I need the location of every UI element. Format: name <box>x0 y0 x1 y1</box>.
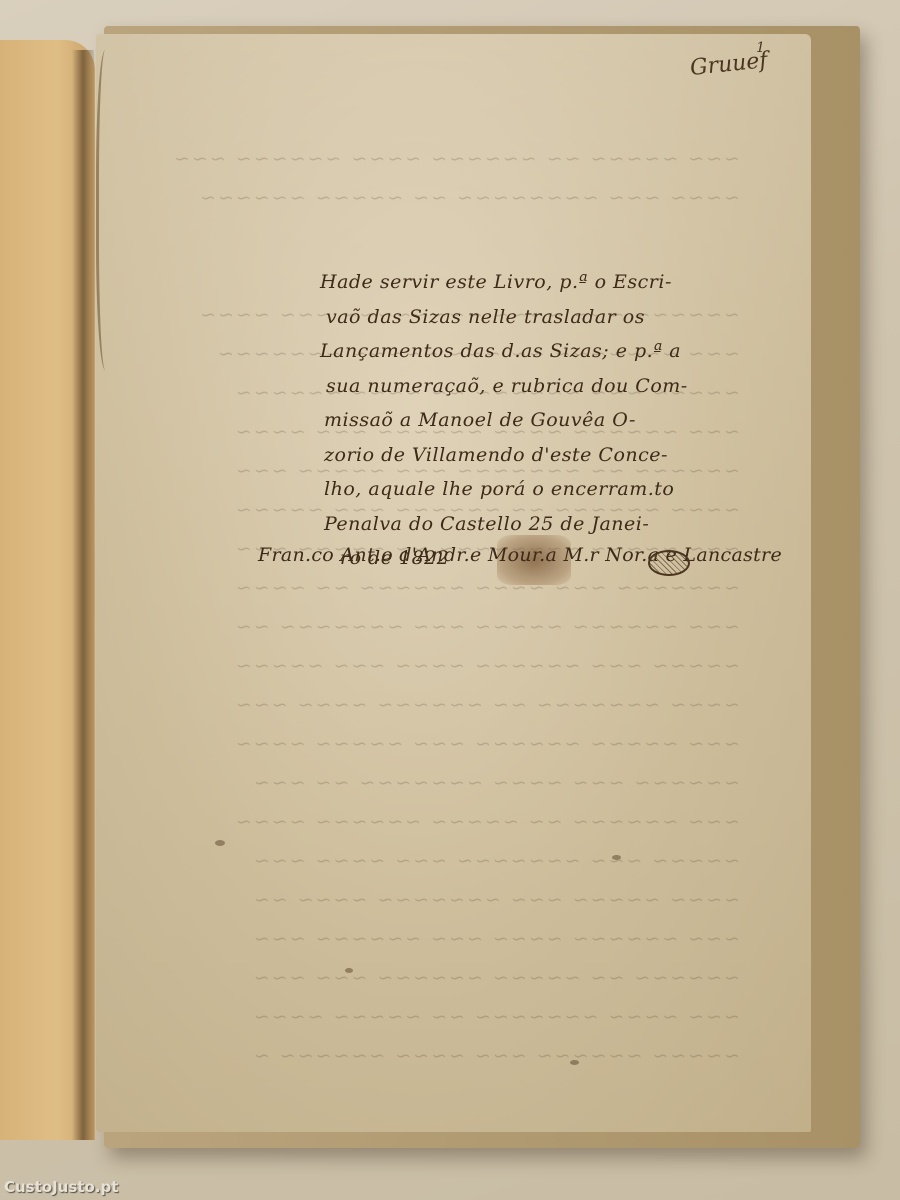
site-watermark: CustoJusto.pt <box>4 1178 118 1196</box>
body-line: Hade servir este Livro, p.ª o Escri- <box>262 265 702 300</box>
body-line: Penalva do Castello 25 de Janei- <box>262 507 702 542</box>
gutter-shadow <box>72 50 94 1140</box>
signature-line: Fran.co Ant.o d'Andr.e Mour.a M.r Nor.a … <box>258 544 782 566</box>
body-line: missaõ a Manoel de Gouvêa O- <box>262 403 702 438</box>
folio-number: 1 <box>756 40 765 56</box>
ink-spot <box>612 855 621 860</box>
body-line: lho, aquale lhe porá o encerram.to <box>262 472 702 507</box>
body-line: zorio de Villamendo d'este Conce- <box>262 438 702 473</box>
manuscript-page <box>96 34 811 1132</box>
ink-spot <box>215 840 225 846</box>
manuscript-body: Hade servir este Livro, p.ª o Escri- vaõ… <box>262 265 702 576</box>
body-line: vaõ das Sizas nelle trasladar os <box>262 300 702 335</box>
torn-binding-edge <box>96 50 119 370</box>
body-line: Lançamentos das d.as Sizas; e p.ª a <box>262 334 702 369</box>
signature-flourish-icon <box>648 550 690 576</box>
body-line: sua numeraçaõ, e rubrica dou Com- <box>262 369 702 404</box>
ink-spot <box>345 968 353 973</box>
ink-spot <box>570 1060 579 1065</box>
